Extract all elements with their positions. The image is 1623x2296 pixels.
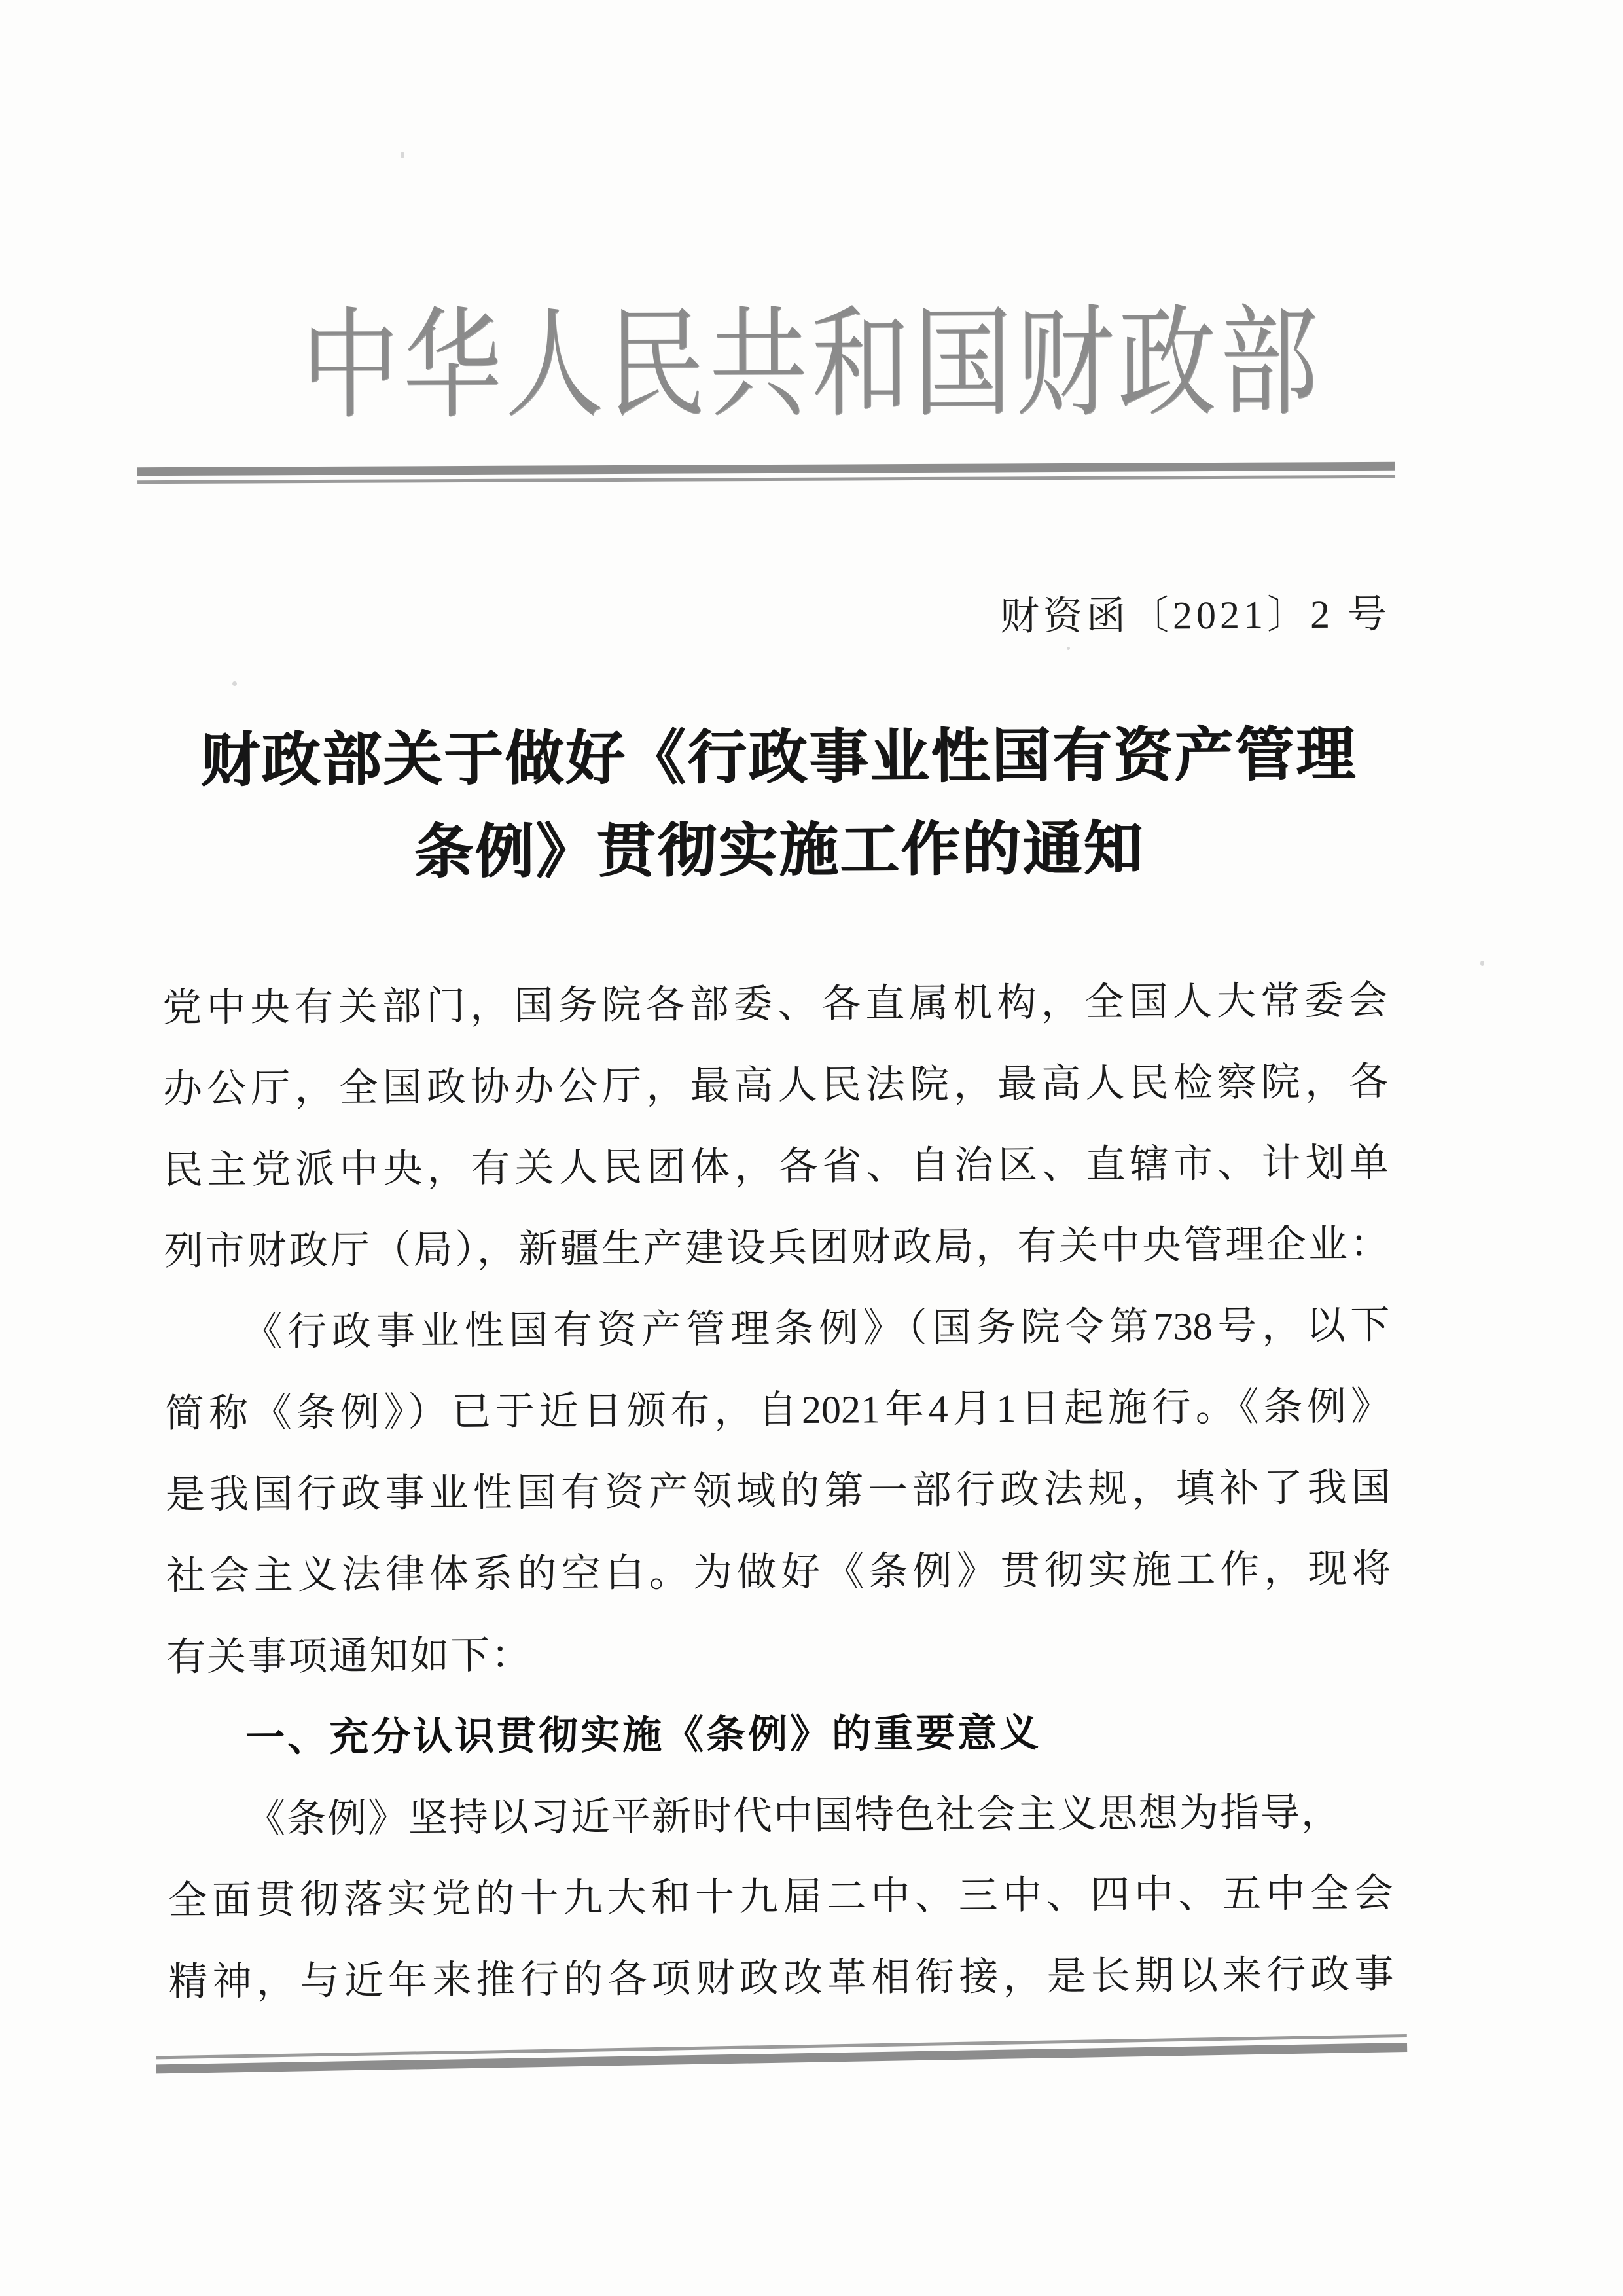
body-line: 是我国行政事业性国有资产领域的第一部行政法规，填补了我国 [166, 1447, 1391, 1535]
body-line: 列市财政厅（局），新疆生产建设兵团财政局，有关中央管理企业： [164, 1204, 1389, 1292]
document-body: 党中央有关部门，国务院各部委、各直属机构，全国人大常委会 办公厅，全国政协办公厅… [162, 960, 1394, 2022]
body-line: 办公厅，全国政协办公厅，最高人民法院，最高人民检察院，各 [163, 1041, 1389, 1130]
body-line: 精神，与近年来推行的各项财政改革相衔接，是长期以来行政事 [168, 1934, 1394, 2022]
body-line: 简称《条例》）已于近日颁布，自2021年4月1日起施行。《条例》 [165, 1366, 1391, 1454]
letterhead-double-rule [137, 462, 1395, 484]
body-line: 《条例》坚持以习近平新时代中国特色社会主义思想为指导， [168, 1772, 1393, 1860]
document-title: 财政部关于做好《行政事业性国有资产管理 条例》贯彻实施工作的通知 [160, 709, 1397, 901]
body-line: 民主党派中央，有关人民团体，各省、自治区、直辖市、计划单 [164, 1122, 1389, 1211]
body-line: 社会主义法律体系的空白。为做好《条例》贯彻实施工作，现将 [166, 1528, 1391, 1617]
body-line: 有关事项通知如下： [166, 1609, 1392, 1698]
document-number: 财资函〔2021〕2 号 [160, 583, 1397, 647]
scan-speck [401, 152, 404, 158]
scan-speck [232, 681, 237, 686]
body-line: 全面贯彻落实党的十九大和十九届二中、三中、四中、五中全会 [168, 1853, 1393, 1941]
body-line: 《行政事业性国有资产管理条例》（国务院令第738号，以下 [164, 1285, 1390, 1373]
document-title-line-2: 条例》贯彻实施工作的通知 [160, 802, 1398, 901]
body-line: 党中央有关部门，国务院各部委、各直属机构，全国人大常委会 [162, 960, 1388, 1049]
scan-speck [1480, 961, 1484, 966]
footer-double-rule [156, 2034, 1407, 2073]
letterhead-agency-name: 中华人民共和国财政部 [0, 275, 1623, 456]
document-title-line-1: 财政部关于做好《行政事业性国有资产管理 [160, 709, 1397, 808]
scan-speck [1067, 647, 1070, 650]
scanned-document-page: 中华人民共和国财政部 财资函〔2021〕2 号 财政部关于做好《行政事业性国有资… [0, 0, 1623, 2296]
section-heading: 一、充分认识贯彻实施《条例》的重要意义 [167, 1691, 1393, 1779]
